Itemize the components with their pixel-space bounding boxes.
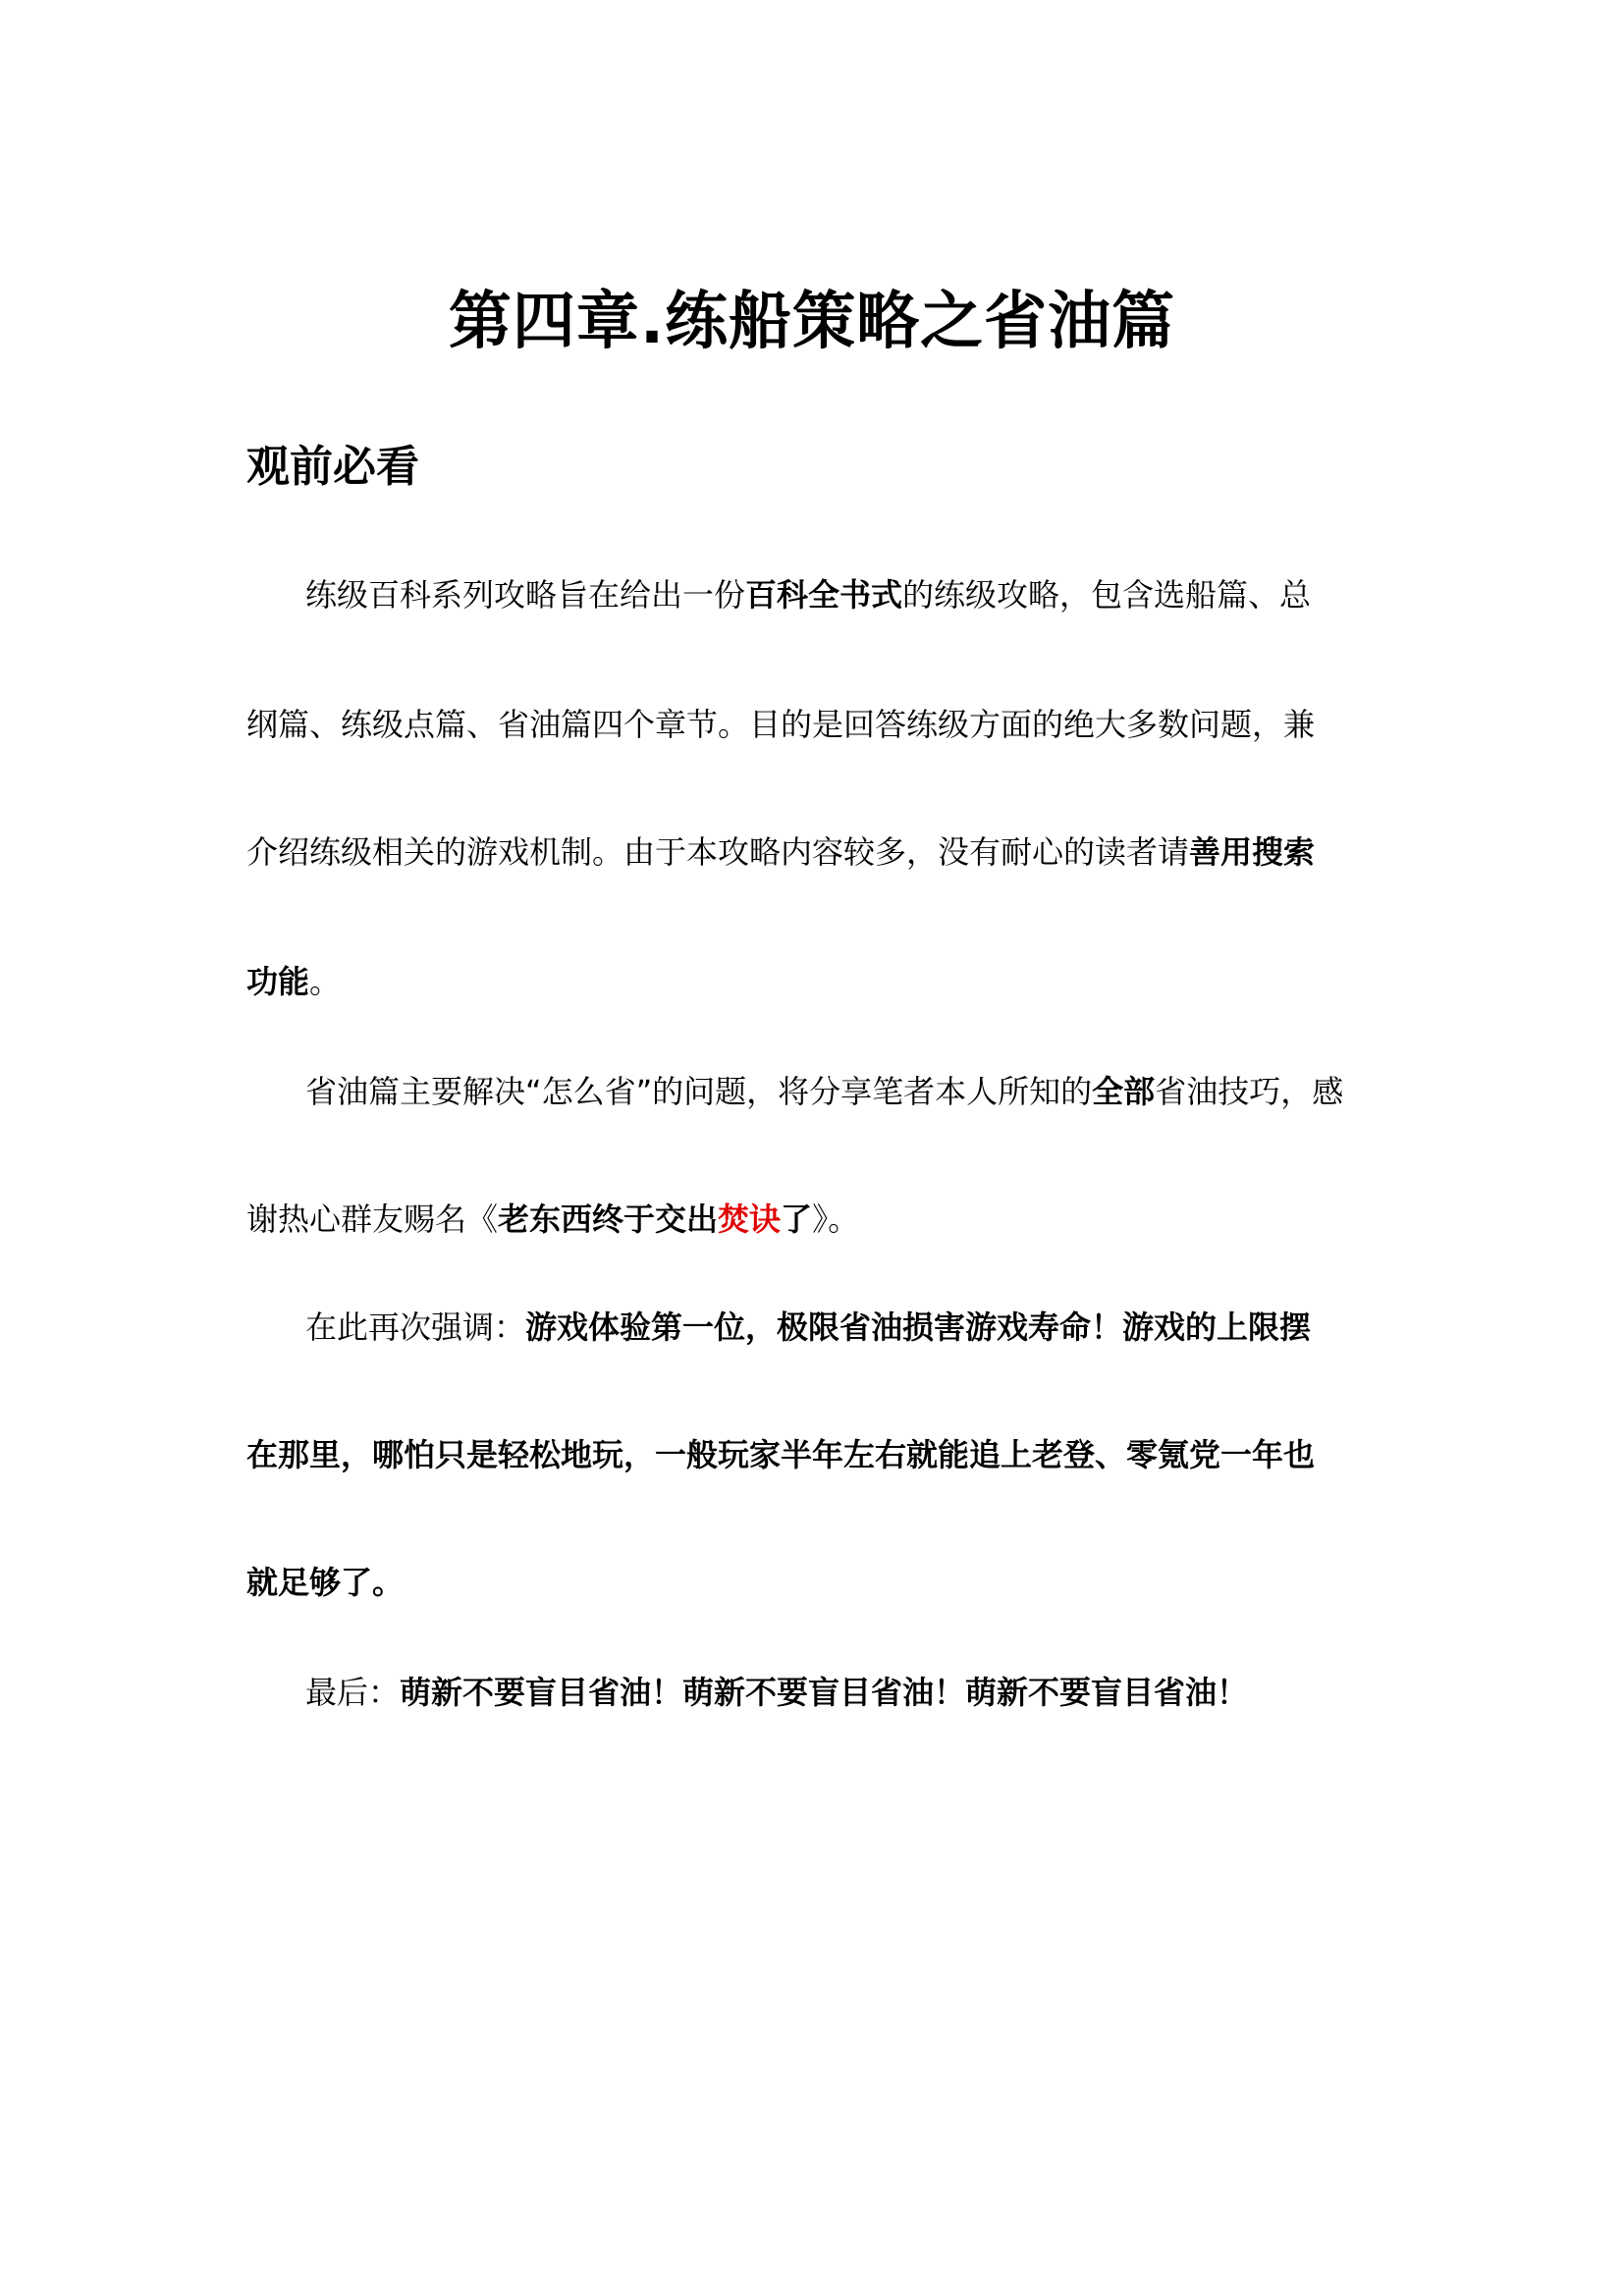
- text-segment: 纲篇、练级点篇、省油篇四个章节。目的是回答练级方面的绝大多数问题，兼: [246, 706, 1315, 743]
- text-segment: 在此再次强调：: [305, 1308, 525, 1346]
- paragraph-2-line-2: 谢热心群友赐名《老东西终于交出焚诀了》。: [246, 1198, 1385, 1241]
- emphasis-segment: 在那里，哪怕只是轻松地玩，一般玩家半年左右就能追上老登、零氪党一年也: [246, 1436, 1315, 1473]
- text-segment: 。: [309, 963, 341, 1000]
- paragraph-1-line-2: 纲篇、练级点篇、省油篇四个章节。目的是回答练级方面的绝大多数问题，兼: [246, 703, 1385, 746]
- emphasis-segment: 就足够了。: [246, 1564, 404, 1601]
- emphasis-segment: 功能: [246, 963, 309, 1000]
- emphasis-segment: 萌新不要盲目省油！萌新不要盲目省油！萌新不要盲目省油！: [400, 1674, 1248, 1711]
- emphasis-segment: 了: [781, 1201, 812, 1238]
- text-segment: 介绍练级相关的游戏机制。由于本攻略内容较多，没有耐心的读者请: [246, 833, 1189, 871]
- paragraph-1-line-3: 介绍练级相关的游戏机制。由于本攻略内容较多，没有耐心的读者请善用搜索: [246, 830, 1385, 874]
- text-segment: 最后：: [305, 1674, 400, 1711]
- paragraph-4-line-1: 最后：萌新不要盲目省油！萌新不要盲目省油！萌新不要盲目省油！: [305, 1671, 1385, 1714]
- paragraph-2-line-1: 省油篇主要解决“怎么省”的问题，将分享笔者本人所知的全部省油技巧，感: [305, 1070, 1385, 1113]
- text-segment: 》。: [812, 1201, 859, 1238]
- emphasis-segment: 百科全书式: [745, 576, 902, 614]
- red-highlight-segment: 焚诀: [718, 1201, 781, 1238]
- text-segment: 练级百科系列攻略旨在给出一份: [305, 576, 745, 614]
- document-page: 第四章.练船策略之省油篇 观前必看 练级百科系列攻略旨在给出一份百科全书式的练级…: [0, 0, 1624, 2296]
- text-segment: 的练级攻略，包含选船篇、总: [902, 576, 1311, 614]
- paragraph-1-line-4: 功能。: [246, 960, 1385, 1003]
- text-segment: 谢热心群友赐名《: [246, 1201, 498, 1238]
- emphasis-segment: 游戏体验第一位，极限省油损害游戏寿命！游戏的上限摆: [525, 1308, 1311, 1346]
- emphasis-segment: 全部: [1092, 1073, 1155, 1110]
- section-heading: 观前必看: [246, 438, 419, 497]
- text-segment: 省油篇主要解决“怎么省”的问题，将分享笔者本人所知的: [305, 1073, 1092, 1110]
- chapter-title: 第四章.练船策略之省油篇: [0, 283, 1624, 361]
- paragraph-3-line-2: 在那里，哪怕只是轻松地玩，一般玩家半年左右就能追上老登、零氪党一年也: [246, 1433, 1385, 1476]
- paragraph-1-line-1: 练级百科系列攻略旨在给出一份百科全书式的练级攻略，包含选船篇、总: [305, 573, 1385, 616]
- emphasis-segment: 老东西终于交出: [498, 1201, 718, 1238]
- emphasis-segment: 善用搜索: [1189, 833, 1315, 871]
- paragraph-3-line-1: 在此再次强调：游戏体验第一位，极限省油损害游戏寿命！游戏的上限摆: [305, 1306, 1385, 1349]
- text-segment: 省油技巧，感: [1155, 1073, 1343, 1110]
- paragraph-3-line-3: 就足够了。: [246, 1561, 1385, 1604]
